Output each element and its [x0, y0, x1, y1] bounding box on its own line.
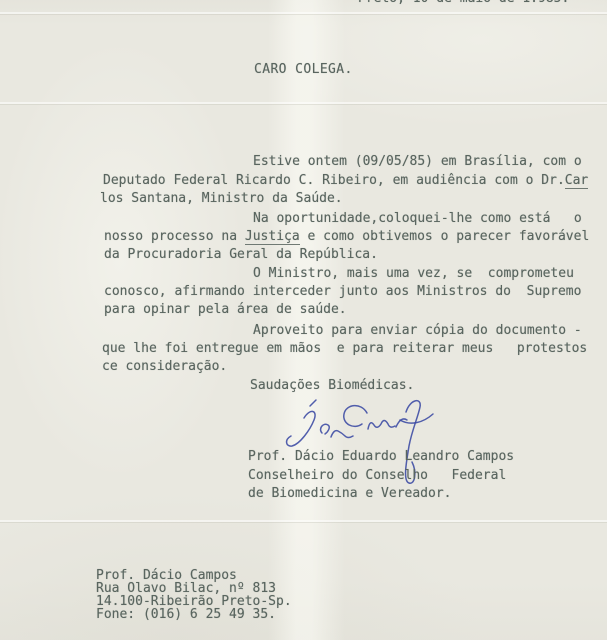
signature-stroke	[321, 424, 330, 434]
body-line: nosso processo na Justiça e como obtivem…	[104, 230, 589, 244]
paper-crease	[0, 12, 607, 14]
body-line: Na oportunidade,coloquei-lhe como está o	[253, 212, 582, 226]
body-line: conosco, afirmando interceder junto aos …	[104, 285, 581, 299]
signer-name-line: Prof. Dácio Eduardo Leandro Campos	[248, 450, 514, 464]
signer-title-line: Conselheiro do Conselho Federal	[248, 469, 506, 483]
underlined-text: Justiça	[245, 229, 300, 245]
body-line: da Procuradoria Geral da República.	[104, 248, 378, 262]
body-line: Estive ontem (09/05/85) em Brasília, com…	[253, 155, 582, 169]
paper-crease	[0, 520, 607, 522]
signature-stroke	[331, 431, 353, 438]
body-line: que lhe foi entregue em mãos e para reit…	[102, 342, 587, 356]
body-line: ce consideração.	[102, 360, 227, 374]
signer-title-line: de Biomedicina e Vereador.	[248, 487, 452, 501]
body-line: para opinar pela área de saúde.	[104, 303, 347, 317]
body-line: los Santana, Ministro da Saúde.	[100, 192, 343, 206]
body-line: Deputado Federal Ricardo C. Ribeiro, em …	[103, 174, 588, 188]
paper-crease	[0, 102, 607, 104]
signature-stroke	[344, 406, 367, 427]
signature-stroke	[287, 411, 316, 446]
signature-stroke	[368, 421, 395, 430]
body-text: e como obtivemos o parecer favorável	[300, 229, 590, 244]
body-line: O Ministro, mais uma vez, se comprometeu	[253, 267, 574, 281]
footer-phone: Fone: (016) 6 25 49 35.	[96, 608, 276, 621]
body-text: Deputado Federal Ricardo C. Ribeiro, em …	[103, 173, 565, 188]
signature-stroke	[310, 400, 316, 406]
date-line: Preto, 10 de maio de 1.985.	[358, 0, 569, 6]
letter-page: Preto, 10 de maio de 1.985. CARO COLEGA.…	[0, 0, 607, 640]
body-text: nosso processo na	[104, 229, 245, 244]
closing-line: Saudações Biomédicas.	[250, 379, 414, 393]
underlined-text: Car	[565, 173, 588, 189]
salutation: CARO COLEGA.	[254, 63, 353, 77]
body-line: Aproveito para enviar cópia do documento…	[253, 324, 582, 338]
